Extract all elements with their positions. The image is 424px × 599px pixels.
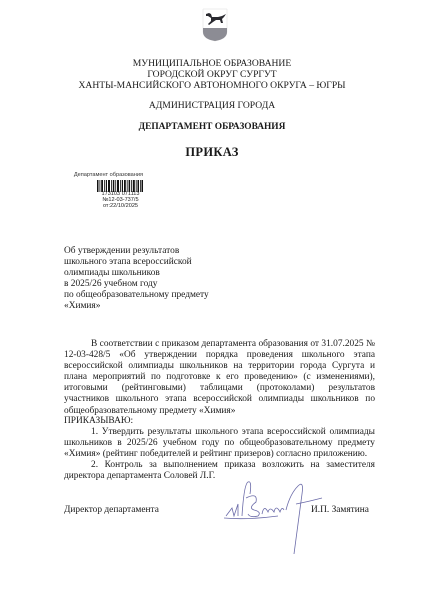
barcode-icon: [97, 179, 143, 191]
subject-line: в 2025/26 учебном году: [64, 279, 209, 290]
department-title: ДЕПАРТАМЕНТ ОБРАЗОВАНИЯ: [0, 122, 424, 132]
registration-stamp: Департамент образования 173103 071113 №1…: [57, 172, 145, 218]
administration-title: АДМИНИСТРАЦИЯ ГОРОДА: [0, 100, 424, 111]
signatory-position: Директор департамента: [64, 505, 159, 515]
municipal-line-3: ХАНТЫ-МАНСИЙСКОГО АВТОНОМНОГО ОКРУГА – Ю…: [0, 80, 424, 91]
subject-line: Об утверждении результатов: [64, 246, 209, 257]
surgut-emblem-icon: [202, 8, 228, 42]
municipal-header: МУНИЦИПАЛЬНОЕ ОБРАЗОВАНИЕ ГОРОДСКОЙ ОКРУ…: [0, 58, 424, 91]
preamble-paragraph: В соответствии с приказом департамента о…: [64, 339, 375, 417]
signatory-name: И.П. Замятина: [311, 505, 369, 515]
order-word: ПРИКАЗЫВАЮ:: [64, 416, 375, 427]
subject-line: по общеобразовательному предмету: [64, 290, 209, 301]
stamp-date: от:22/10/2025: [97, 203, 144, 209]
subject-line: «Химия»: [64, 301, 209, 312]
order-subject: Об утверждении результатов школьного эта…: [64, 246, 209, 313]
subject-line: олимпиады школьников: [64, 268, 209, 279]
handwritten-signature-icon: [218, 474, 328, 559]
municipal-line-1: МУНИЦИПАЛЬНОЕ ОБРАЗОВАНИЕ: [0, 58, 424, 69]
municipal-line-2: ГОРОДСКОЙ ОКРУГ СУРГУТ: [0, 69, 424, 80]
stamp-organization: Департамент образования: [74, 172, 143, 178]
document-type-title: ПРИКАЗ: [0, 145, 424, 160]
subject-line: школьного этапа всероссийской: [64, 257, 209, 268]
order-item-1: 1. Утвердить результаты школьного этапа …: [64, 427, 375, 460]
